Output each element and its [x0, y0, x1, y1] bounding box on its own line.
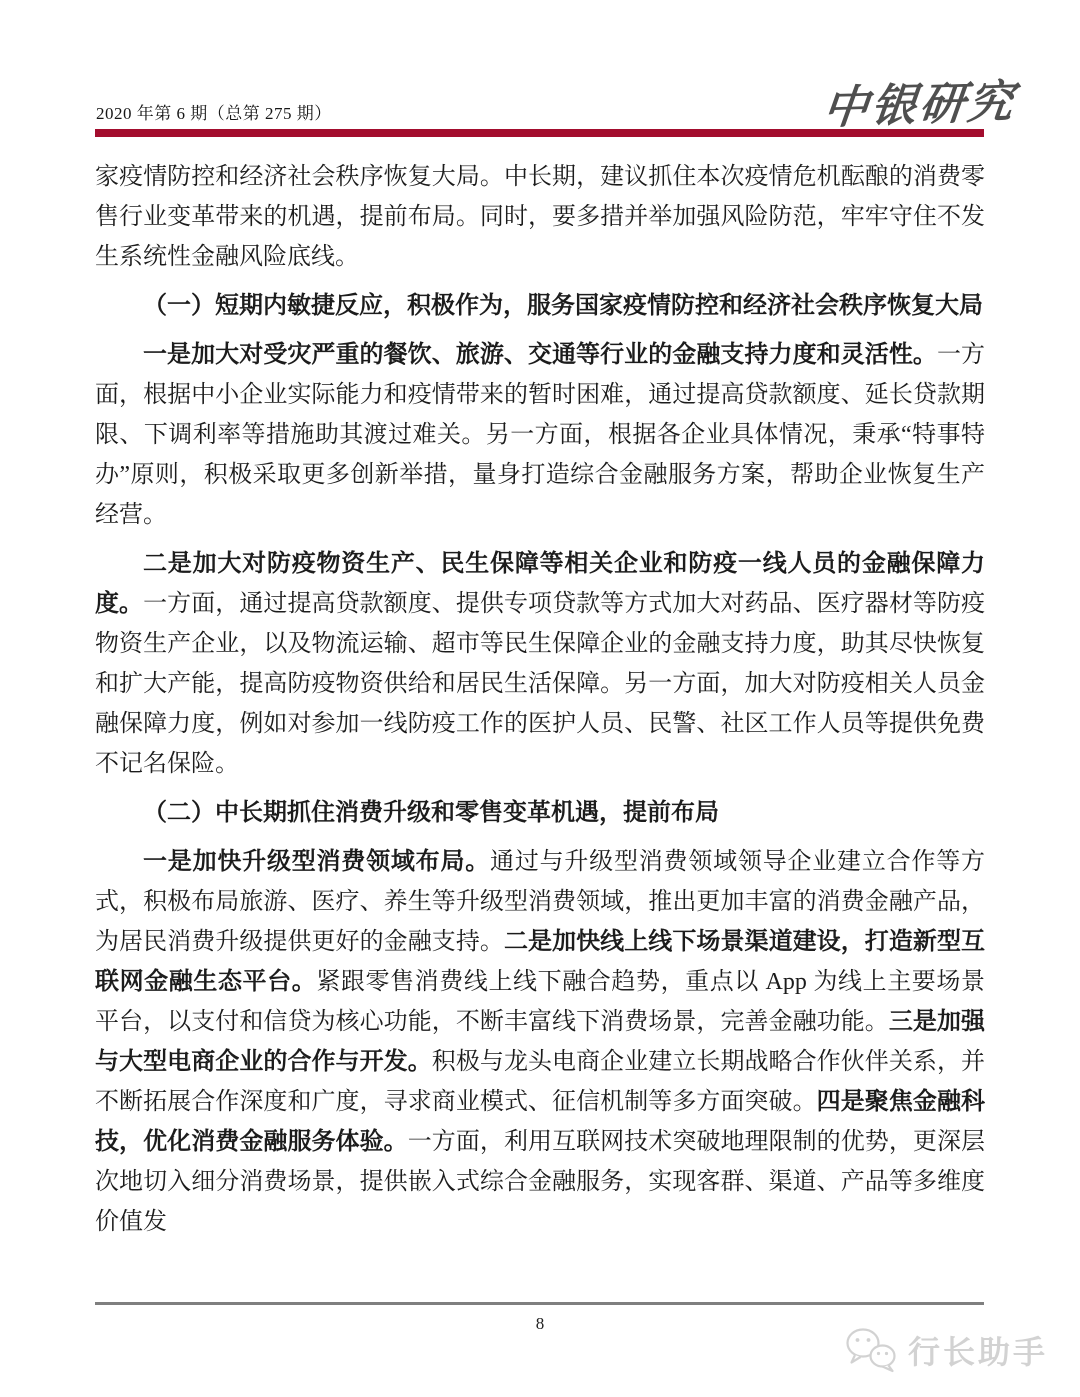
- paragraph: 二是加大对防疫物资生产、民生保障等相关企业和防疫一线人员的金融保障力度。一方面，…: [95, 544, 985, 784]
- paragraph: 家疫情防控和经济社会秩序恢复大局。中长期，建议抓住本次疫情危机酝酿的消费零售行业…: [95, 157, 985, 277]
- paragraph: 一是加快升级型消费领域布局。通过与升级型消费领域领导企业建立合作等方式，积极布局…: [95, 842, 985, 1242]
- issue-info: 2020 年第 6 期（总第 275 期）: [96, 99, 332, 124]
- bold-text-segment: 一是加大对受灾严重的餐饮、旅游、交通等行业的金融支持力度和灵活性。: [143, 341, 937, 368]
- bold-text-segment: （一）短期内敏捷反应，积极作为，服务国家疫情防控和经济社会秩序恢复大局: [143, 292, 983, 319]
- bold-text-segment: 一是加快升级型消费领域布局。: [143, 848, 490, 875]
- text-segment: 家疫情防控和经济社会秩序恢复大局。中长期，建议抓住本次疫情危机酝酿的消费零售行业…: [95, 164, 985, 270]
- footer-rule: [95, 1302, 984, 1305]
- text-segment: 一方面，根据中小企业实际能力和疫情带来的暂时困难，通过提高贷款额度、延长贷款期限…: [95, 342, 985, 528]
- document-page: 2020 年第 6 期（总第 275 期） 中银研究 家疫情防控和经济社会秩序恢…: [0, 0, 1080, 1397]
- section-heading: （一）短期内敏捷反应，积极作为，服务国家疫情防控和经济社会秩序恢复大局: [95, 286, 985, 326]
- header-rule: [95, 129, 984, 137]
- watermark-text: 行长助手: [908, 1327, 1048, 1373]
- section-heading: （二）中长期抓住消费升级和零售变革机遇，提前布局: [95, 793, 985, 833]
- watermark: 行长助手: [844, 1326, 1048, 1374]
- document-body: 家疫情防控和经济社会秩序恢复大局。中长期，建议抓住本次疫情危机酝酿的消费零售行业…: [95, 157, 985, 1251]
- wechat-icon: [844, 1326, 900, 1374]
- text-segment: 一方面，通过提高贷款额度、提供专项贷款等方式加大对药品、医疗器材等防疫物资生产企…: [95, 591, 985, 777]
- bold-text-segment: （二）中长期抓住消费升级和零售变革机遇，提前布局: [143, 799, 719, 826]
- boc-research-logo: 中银研究: [820, 65, 1020, 137]
- paragraph: 一是加大对受灾严重的餐饮、旅游、交通等行业的金融支持力度和灵活性。一方面，根据中…: [95, 335, 985, 535]
